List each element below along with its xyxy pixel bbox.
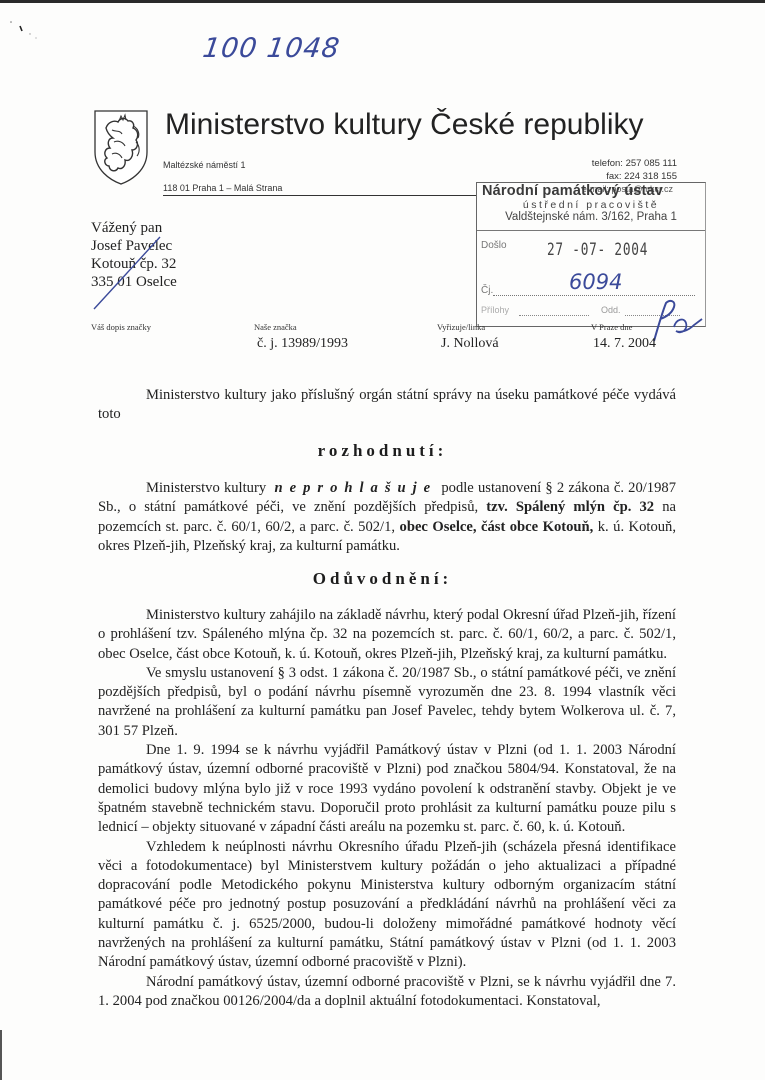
- reasoning-paragraph: Ministerstvo kultury zahájilo na základě…: [98, 606, 676, 664]
- decision-paragraph: Ministerstvo kultury neprohlašuje podle …: [98, 479, 676, 556]
- stamp-ref-label: Čj.: [481, 285, 493, 296]
- reasoning-paragraph: Vzhledem k neúplnosti návrhu Okresního ú…: [98, 838, 676, 973]
- ministry-fax: fax: 224 318 155: [606, 171, 677, 182]
- stamp-department-label: Odd.: [601, 305, 621, 315]
- stamp-ref-line: [493, 295, 695, 296]
- ministry-phone: telefon: 257 085 111: [592, 158, 677, 169]
- reasoning-paragraph: Národní památkový ústav, územní odborné …: [98, 973, 676, 1012]
- address-strike-mark: [88, 233, 198, 313]
- date-value: 14. 7. 2004: [593, 336, 656, 352]
- stamp-received-date: 27 -07- 2004: [547, 240, 648, 260]
- intro-text: Ministerstvo kultury jako příslušný orgá…: [98, 386, 676, 425]
- stamp-received-label: Došlo: [481, 240, 507, 251]
- scan-specks: [8, 20, 38, 45]
- reasoning-paragraph: Dne 1. 9. 1994 se k návrhu vyjádřil Pamá…: [98, 741, 676, 837]
- decision-part1: Ministerstvo kultury: [146, 480, 266, 496]
- reasoning-section: Ministerstvo kultury zahájilo na základě…: [98, 606, 676, 1011]
- reasoning-heading: Odůvodnění:: [0, 569, 765, 589]
- your-ref-label: Váš dopis značky: [91, 322, 151, 332]
- our-ref-label: Naše značka: [254, 322, 297, 332]
- handled-by-value: J. Nollová: [441, 336, 499, 352]
- scan-left-edge: [0, 1030, 2, 1080]
- decision-heading: rozhodnutí:: [0, 441, 765, 461]
- decision-object: tzv. Spálený mlýn čp. 32: [486, 499, 654, 515]
- stamp-attachments-line: [519, 315, 589, 316]
- stamp-organization: Národní památkový ústav: [482, 183, 663, 199]
- stamp-attachments-label: Přílohy: [481, 305, 509, 315]
- date-label: V Praze dne: [591, 322, 632, 332]
- our-ref-value: č. j. 13989/1993: [257, 336, 348, 352]
- ministry-address-street: Maltézské náměstí 1: [163, 160, 246, 170]
- handled-by-label: Vyřizuje/linka: [437, 322, 485, 332]
- stamp-subtitle: ústřední pracoviště: [477, 199, 705, 211]
- ministry-address-city: 118 01 Praha 1 – Malá Strana: [163, 183, 282, 193]
- stamp-ref-value: 6094: [569, 270, 622, 294]
- decision-verb: neprohlašuje: [275, 480, 438, 496]
- ministry-title: Ministerstvo kultury České republiky: [165, 108, 644, 142]
- letterhead-rule: [163, 195, 476, 196]
- decision-text: Ministerstvo kultury neprohlašuje podle …: [98, 479, 676, 556]
- scan-top-edge: [0, 0, 765, 3]
- intro-paragraph: Ministerstvo kultury jako příslušný orgá…: [98, 386, 676, 425]
- czech-lion-emblem-icon: [92, 108, 150, 186]
- stamp-address: Valdštejnské nám. 3/162, Praha 1: [477, 211, 705, 223]
- decision-location: obec Oselce, část obce Kotouň,: [400, 519, 594, 535]
- reasoning-paragraph: Ve smyslu ustanovení § 3 odst. 1 zákona …: [98, 664, 676, 741]
- stamp-header: Národní památkový ústav ústřední pracovi…: [477, 183, 705, 231]
- handwritten-file-number: 100 1048: [201, 33, 342, 64]
